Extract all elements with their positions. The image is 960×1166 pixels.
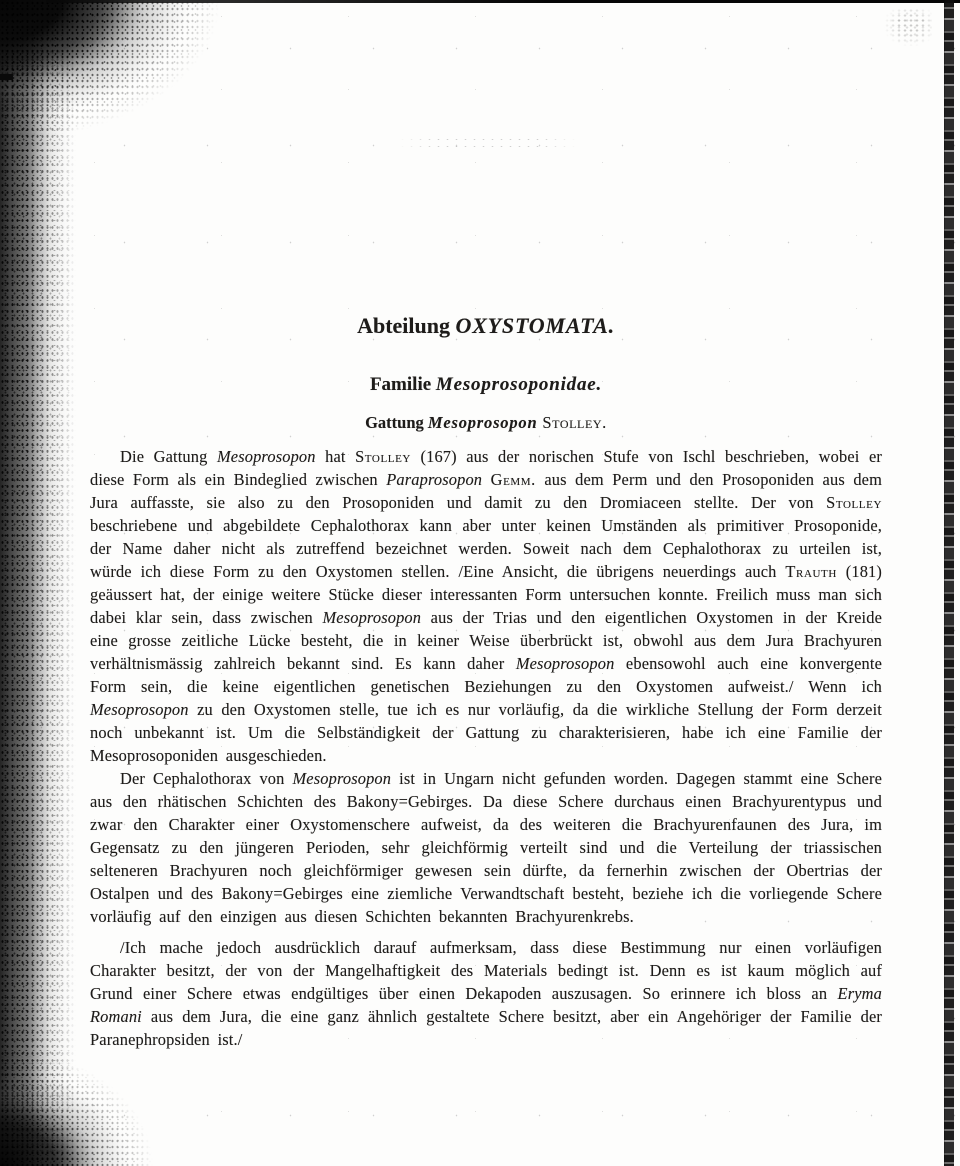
text-run: Familie xyxy=(370,374,436,395)
text-run: Mesoprosopon xyxy=(428,413,542,432)
text-run: Trauth xyxy=(785,562,837,581)
text-run: zu den Oxystomen stelle, tue ich es nur … xyxy=(90,700,882,765)
section-heading-familie: Familie Mesoprosoponidae. xyxy=(90,374,882,396)
corner-shadow-bottom-left xyxy=(0,1036,170,1166)
text-run: Mesoprosoponidae. xyxy=(436,374,602,395)
top-edge-shadow xyxy=(46,0,960,3)
text-run: Stolley xyxy=(355,447,411,466)
text-run: Abteilung xyxy=(357,313,455,338)
binding-shadow-left xyxy=(0,0,76,1166)
text-run: Mesoprosopon xyxy=(217,447,316,466)
paragraph-2: Der Cephalothorax von Mesoprosopon ist i… xyxy=(90,767,882,928)
text-run: Der Cephalothorax von xyxy=(120,769,293,788)
text-run: Mesoprosopon xyxy=(90,700,189,719)
text-run: beschriebene und abgebildete Cephalothor… xyxy=(90,516,882,581)
text-run: Mesoprosopon xyxy=(516,654,615,673)
paragraph-1: Die Gattung Mesoprosopon hat Stolley (16… xyxy=(90,445,882,767)
smudge-center xyxy=(398,136,578,152)
text-run: OXYSTOMATA. xyxy=(456,313,615,338)
section-heading-gattung: Gattung Mesoprosopon Stolley. xyxy=(90,413,882,432)
edge-tick-mark xyxy=(0,74,13,80)
section-heading-abteilung: Abteilung OXYSTOMATA. xyxy=(90,314,882,338)
paragraph-3: /Ich mache jedoch ausdrücklich darauf au… xyxy=(90,936,882,1051)
text-run: aus dem Jura, die eine ganz ähnlich gest… xyxy=(90,1007,882,1049)
text-run: Gattung xyxy=(365,413,428,432)
smudge-top-right xyxy=(884,8,932,46)
text-run xyxy=(482,470,491,489)
text-run: Mesoprosopon xyxy=(293,769,392,788)
text-run: hat xyxy=(316,447,355,466)
page-content: Abteilung OXYSTOMATA. Familie Mesoprosop… xyxy=(90,314,882,1051)
page-edge-strip-right xyxy=(944,0,954,1166)
corner-shadow-top-left xyxy=(0,0,250,160)
text-run: Stolley xyxy=(826,493,882,512)
text-run: Paraprosopon xyxy=(386,470,482,489)
text-run: /Ich mache jedoch ausdrücklich darauf au… xyxy=(90,938,882,1003)
body-text: Die Gattung Mesoprosopon hat Stolley (16… xyxy=(90,445,882,1051)
text-run: Die Gattung xyxy=(120,447,217,466)
text-run: ist in Ungarn nicht gefunden worden. Dag… xyxy=(90,769,882,926)
text-run: Gemm. xyxy=(491,470,536,489)
text-run: Stolley. xyxy=(542,413,607,432)
text-run: Mesoprosopon xyxy=(322,608,421,627)
